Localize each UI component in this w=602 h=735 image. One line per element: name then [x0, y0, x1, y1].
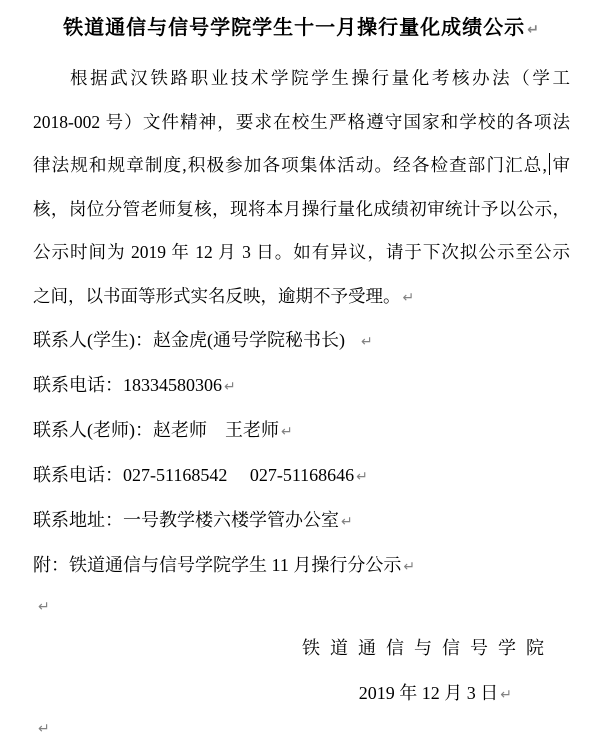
body-line[interactable]: 律法规和规章制度,积极参加各项集体活动。经各检查部门汇总,审: [33, 144, 570, 188]
document-title-text: 铁道通信与信号学院学生十一月操行量化成绩公示: [63, 17, 525, 39]
body-line[interactable]: 核，岗位分管老师复核，现将本月操行量化成绩初审统计予以公示，: [33, 188, 570, 232]
contact-line-text: 联系地址：一号教学楼六楼学管办公室: [33, 510, 339, 530]
signature-date[interactable]: 2019 年 12 月 3 日↵: [0, 671, 602, 716]
body-line[interactable]: 根据武汉铁路职业技术学院学生操行量化考核办法（学工: [33, 57, 570, 101]
contact-line-attachment[interactable]: 附：铁道通信与信号学院学生 11 月操行分公示↵: [33, 543, 570, 588]
contact-line-teacher[interactable]: 联系人(老师)：赵老师 王老师↵: [33, 408, 570, 453]
body-line-text: 审: [551, 155, 570, 175]
body-line-text: 公示时间为 2019 年 12 月 3 日。如有异议，请于下次拟公示至公示: [33, 242, 570, 262]
contact-line-text: 联系电话：027-51168542 027-51168646: [33, 465, 354, 485]
body-line-text: 核，岗位分管老师复核，现将本月操行量化成绩初审统计予以公示，: [33, 199, 570, 219]
contact-line-teacher-phone[interactable]: 联系电话：027-51168542 027-51168646↵: [33, 453, 570, 498]
pilcrow-icon: ↵: [224, 379, 236, 395]
pilcrow-icon: ↵: [356, 469, 368, 485]
signature-org-text: 铁道通信与信号学院: [302, 638, 554, 658]
pilcrow-icon: ↵: [500, 687, 512, 703]
pilcrow-icon: ↵: [527, 22, 539, 38]
contact-line-student-phone[interactable]: 联系电话：18334580306↵: [33, 363, 570, 408]
contact-line-address[interactable]: 联系地址：一号教学楼六楼学管办公室↵: [33, 498, 570, 543]
body-paragraph[interactable]: 根据武汉铁路职业技术学院学生操行量化考核办法（学工 2018-002 号）文件精…: [33, 57, 570, 318]
body-line-text: 根据武汉铁路职业技术学院学生操行量化考核办法（学工: [70, 68, 570, 88]
contact-info-block[interactable]: 联系人(学生)：赵金虎(通号学院秘书长)↵ 联系电话：18334580306↵ …: [33, 318, 570, 588]
contact-line-text: 联系电话：18334580306: [33, 375, 222, 395]
body-line[interactable]: 之间，以书面等形式实名反映，逾期不予受理。↵: [33, 275, 570, 319]
document-page[interactable]: 铁道通信与信号学院学生十一月操行量化成绩公示↵ 根据武汉铁路职业技术学院学生操行…: [0, 0, 602, 735]
signature-date-text: 2019 年 12 月 3 日: [359, 683, 499, 703]
contact-line-text: 附：铁道通信与信号学院学生 11 月操行分公示: [33, 555, 401, 575]
signature-org[interactable]: 铁道通信与信号学院: [0, 626, 602, 671]
pilcrow-icon: ↵: [361, 334, 373, 350]
pilcrow-icon: ↵: [341, 514, 353, 530]
document-title[interactable]: 铁道通信与信号学院学生十一月操行量化成绩公示↵: [0, 0, 602, 44]
contact-line-text: 联系人(学生)：赵金虎(通号学院秘书长): [33, 330, 345, 350]
contact-line-text: 联系人(老师)：赵老师 王老师: [33, 420, 279, 440]
pilcrow-icon: ↵: [38, 599, 50, 615]
empty-paragraph[interactable]: ↵: [36, 716, 602, 735]
body-line[interactable]: 2018-002 号）文件精神，要求在校生严格遵守国家和学校的各项法: [33, 101, 570, 145]
pilcrow-icon: ↵: [403, 559, 415, 575]
body-line[interactable]: 公示时间为 2019 年 12 月 3 日。如有异议，请于下次拟公示至公示: [33, 231, 570, 275]
body-line-text: 2018-002 号）文件精神，要求在校生严格遵守国家和学校的各项法: [33, 112, 570, 132]
pilcrow-icon: ↵: [281, 424, 293, 440]
pilcrow-icon: ↵: [38, 721, 50, 735]
pilcrow-icon: ↵: [403, 290, 415, 306]
contact-line-student[interactable]: 联系人(学生)：赵金虎(通号学院秘书长)↵: [33, 318, 570, 363]
body-line-text: 律法规和规章制度,积极参加各项集体活动。经各检查部门汇总,: [33, 155, 547, 175]
empty-paragraph[interactable]: ↵: [36, 588, 602, 626]
body-line-text: 之间，以书面等形式实名反映，逾期不予受理。: [33, 286, 401, 306]
